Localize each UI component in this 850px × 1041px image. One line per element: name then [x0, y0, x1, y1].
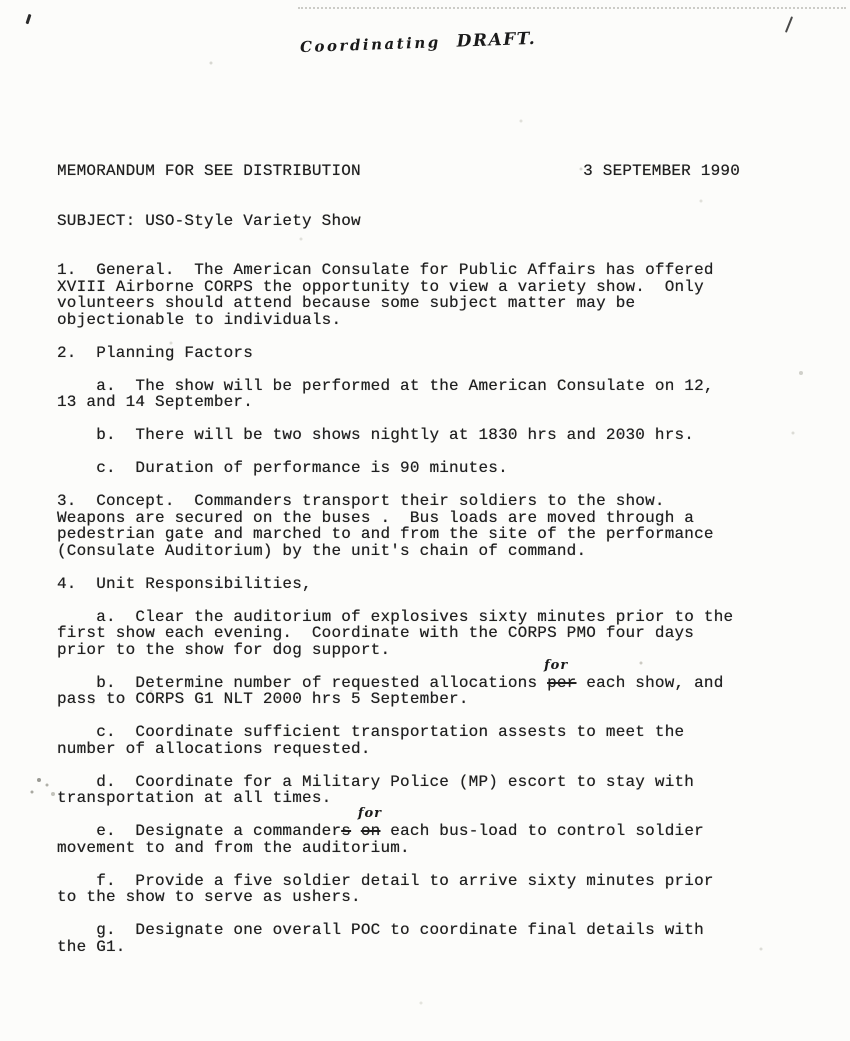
memo-page: CoordinatingDRAFT. MEMORANDUM FOR SEE DI… — [0, 0, 850, 1041]
pen-slash-mark — [785, 16, 793, 33]
para-4c: c. Coordinate sufficient transportation … — [57, 724, 752, 757]
para-2b: b. There will be two shows nightly at 18… — [57, 427, 752, 444]
para-4e: e. Designate a commanders foron each bus… — [57, 823, 752, 856]
para-1-general: 1. General. The American Consulate for P… — [57, 262, 752, 328]
para-3-concept: 3. Concept. Commanders transport their s… — [57, 493, 752, 559]
pen-tick-mark — [26, 14, 31, 24]
struck-word-on: foron — [361, 822, 381, 840]
para-2-planning-heading: 2. Planning Factors — [57, 345, 752, 362]
scan-noise-speckles — [0, 0, 2, 2]
para-4b-text-before: b. Determine number of requested allocat… — [57, 674, 547, 692]
scan-artifact-dotted-line — [298, 7, 846, 9]
para-4a: a. Clear the auditorium of explosives si… — [57, 609, 752, 659]
handwritten-for-insert-4b: for — [544, 659, 568, 672]
para-2a: a. The show will be performed at the Ame… — [57, 378, 752, 411]
struck-word-per-text: per — [547, 674, 576, 692]
para-2c: c. Duration of performance is 90 minutes… — [57, 460, 752, 477]
struck-word-on-text: on — [361, 822, 381, 840]
para-4f: f. Provide a five soldier detail to arri… — [57, 873, 752, 906]
memo-for-line: MEMORANDUM FOR SEE DISTRIBUTION — [57, 163, 361, 180]
para-4e-space — [351, 822, 361, 840]
subject-line: SUBJECT: USO-Style Variety Show — [57, 213, 752, 230]
para-4-heading: 4. Unit Responsibilities, — [57, 576, 752, 593]
para-4d: d. Coordinate for a Military Police (MP)… — [57, 774, 752, 807]
text-column: MEMORANDUM FOR SEE DISTRIBUTION3 SEPTEMB… — [57, 163, 752, 955]
handwriting-draft: DRAFT. — [456, 29, 536, 52]
memo-header-row: MEMORANDUM FOR SEE DISTRIBUTION3 SEPTEMB… — [57, 163, 740, 180]
para-4e-text-before: e. Designate a commander — [57, 822, 341, 840]
struck-word-per: forper — [547, 674, 576, 692]
handwriting-coordinating: Coordinating — [300, 33, 441, 56]
handwritten-draft-note: CoordinatingDRAFT. — [300, 29, 537, 57]
para-4g: g. Designate one overall POC to coordina… — [57, 922, 752, 955]
para-4b: b. Determine number of requested allocat… — [57, 675, 752, 708]
memo-date: 3 SEPTEMBER 1990 — [583, 163, 740, 180]
struck-letter-s-text: s — [341, 822, 351, 840]
struck-letter-s: s — [341, 822, 351, 840]
handwritten-for-insert-4e: for — [358, 807, 382, 820]
